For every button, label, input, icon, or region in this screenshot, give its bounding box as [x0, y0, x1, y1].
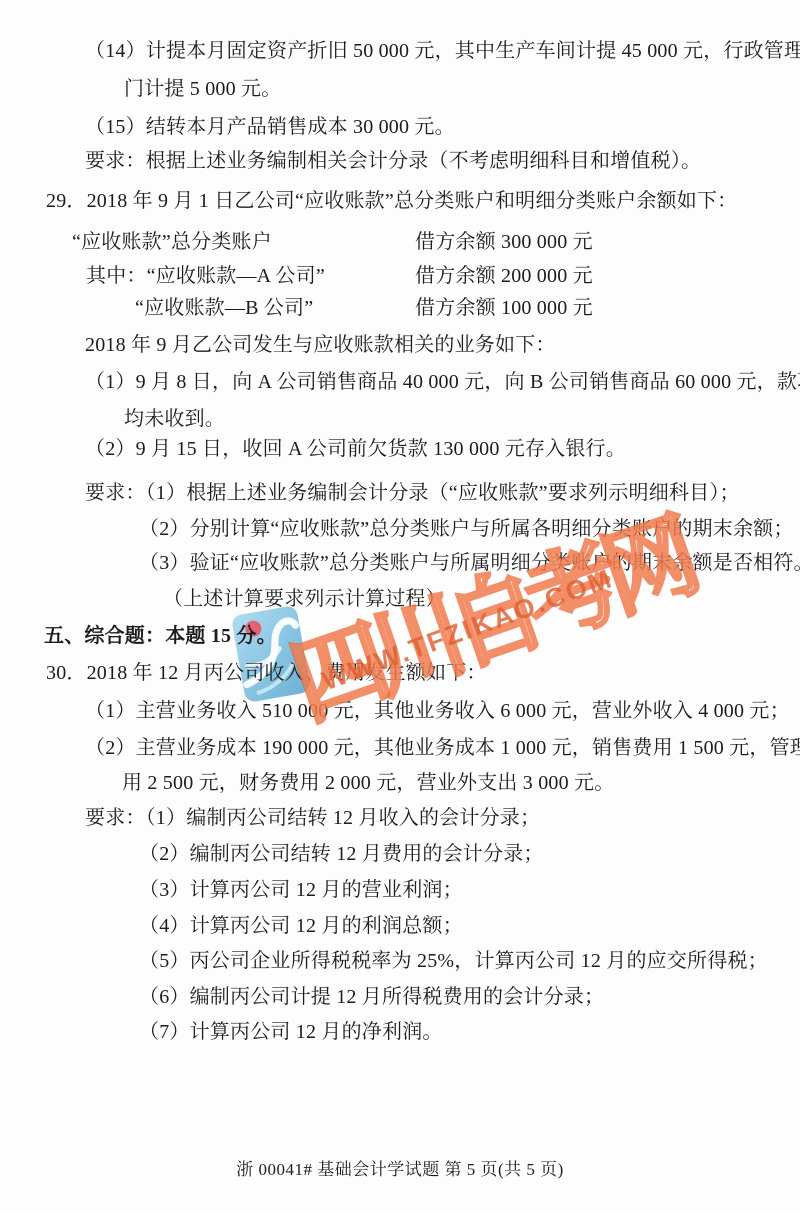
- exam-page: （14）计提本月固定资产折旧 50 000 元，其中生产车间计提 45 000 …: [0, 0, 800, 1213]
- text-line: （14）计提本月固定资产折旧 50 000 元，其中生产车间计提 45 000 …: [85, 40, 800, 63]
- account-balance: 借方余额 200 000 元: [415, 265, 593, 288]
- text-line: （6）编制丙公司计提 12 月所得税费用的会计分录；: [139, 986, 604, 1009]
- text-line: 门计提 5 000 元。: [124, 78, 281, 101]
- logo-swoosh-icon: [231, 605, 311, 703]
- text-line: 要求：（1）编制丙公司结转 12 月收入的会计分录；: [85, 807, 540, 830]
- text-line: （2）主营业务成本 190 000 元，其他业务成本 1 000 元，销售费用 …: [85, 737, 800, 760]
- balance-row: 其中：“应收账款—A 公司” 借方余额 200 000 元: [0, 265, 800, 289]
- text-line: （15）结转本月产品销售成本 30 000 元。: [85, 116, 455, 139]
- account-balance: 借方余额 300 000 元: [415, 231, 593, 254]
- account-name: “应收账款”总分类账户: [72, 231, 272, 254]
- balance-row: “应收账款”总分类账户 借方余额 300 000 元: [0, 231, 800, 255]
- text-line: （2）编制丙公司结转 12 月费用的会计分录；: [139, 843, 544, 866]
- text-line: 要求：（1）根据上述业务编制会计分录（“应收账款”要求列示明细科目）；: [85, 482, 740, 505]
- account-name: “应收账款—B 公司”: [135, 297, 313, 320]
- account-balance: 借方余额 100 000 元: [415, 297, 593, 320]
- text-line: （7）计算丙公司 12 月的净利润。: [139, 1021, 443, 1044]
- balance-row: “应收账款—B 公司” 借方余额 100 000 元: [0, 297, 800, 321]
- text-line: （3）计算丙公司 12 月的营业利润；: [139, 879, 463, 902]
- text-line: （3）验证“应收账款”总分类账户与所属明细分类账户的期末余额是否相符。: [139, 552, 800, 575]
- text-line: 29．2018 年 9 月 1 日乙公司“应收账款”总分类账户和明细分类账户余额…: [46, 190, 737, 213]
- text-line: 30．2018 年 12 月丙公司收入、费用发生额如下：: [46, 662, 487, 685]
- text-line: 要求：根据上述业务编制相关会计分录（不考虑明细科目和增值税）。: [85, 150, 701, 173]
- text-line: （2）分别计算“应收账款”总分类账户与所属各明细分类账户的期末余额；: [139, 518, 794, 541]
- text-line: （上述计算要求列示计算过程）: [163, 588, 446, 611]
- text-line: （1）9 月 8 日，向 A 公司销售商品 40 000 元，向 B 公司销售商…: [85, 371, 800, 394]
- text-line: （2）9 月 15 日，收回 A 公司前欠货款 130 000 元存入银行。: [85, 438, 626, 461]
- tfzikao-logo: [231, 605, 311, 703]
- text-line: 用 2 500 元，财务费用 2 000 元，营业外支出 3 000 元。: [122, 772, 614, 795]
- page-footer: 浙 00041# 基础会计学试题 第 5 页(共 5 页): [0, 1155, 800, 1180]
- text-line: （1）主营业务收入 510 000 元，其他业务收入 6 000 元，营业外收入…: [85, 700, 790, 723]
- section-heading: 五、综合题：本题 15 分。: [44, 625, 277, 648]
- text-line: 2018 年 9 月乙公司发生与应收账款相关的业务如下：: [85, 334, 556, 357]
- account-name: 其中：“应收账款—A 公司”: [86, 265, 325, 288]
- text-line: （5）丙公司企业所得税税率为 25%，计算丙公司 12 月的应交所得税；: [139, 950, 768, 973]
- text-line: 均未收到。: [124, 408, 225, 431]
- text-line: （4）计算丙公司 12 月的利润总额；: [139, 915, 463, 938]
